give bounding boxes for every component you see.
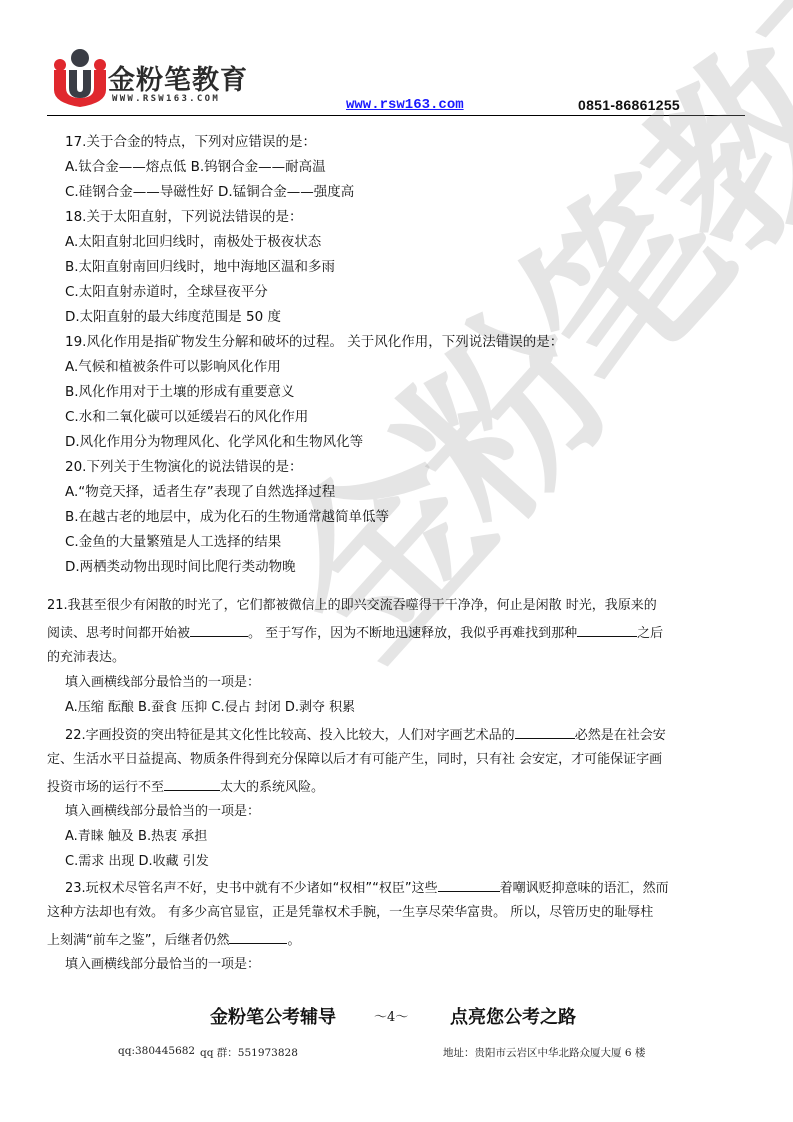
blank-line xyxy=(515,724,575,739)
website-link[interactable]: www.rsw163.com xyxy=(346,97,464,113)
page-header: 金粉笔教育 WWW.RSW163.COM www.rsw163.com 0851… xyxy=(0,0,793,120)
footer-left-title: 金粉笔公考辅导 xyxy=(210,1003,336,1029)
blank-line xyxy=(164,776,220,791)
question-23-text-a: 23.玩权术尽管名声不好，史书中就有不少诸如“权相”“权臣”这些 xyxy=(65,881,438,896)
question-22-para-2: 定、生活水平日益提高、物质条件得到充分保障以后才有可能产生，同时，只有社 会安定… xyxy=(47,750,662,770)
question-17-options-cd: C.硅钢合金——导磁性好 D.锰铜合金——强度高 xyxy=(65,182,354,202)
question-20-stem: 20.下列关于生物演化的说法错误的是： xyxy=(65,457,302,477)
question-22-text-c: 投资市场的运行不至 xyxy=(47,780,164,795)
question-22-para-3: 投资市场的运行不至太大的系统风险。 xyxy=(47,776,324,798)
question-21-para-3: 的充沛表达。 xyxy=(47,648,125,668)
logo-icon xyxy=(52,48,108,108)
blank-line xyxy=(438,877,500,892)
question-18-option-a: A.太阳直射北回归线时，南极处于极夜状态 xyxy=(65,232,321,252)
footer-right-title: 点亮您公考之路 xyxy=(450,1003,576,1029)
question-23-text-c: 上刻满“前车之鉴”，后继者仍然 xyxy=(47,933,229,948)
question-21-para-2: 阅读、思考时间都开始被。 至于写作，因为不断地迅速释放，我似乎再难找到那种之后 xyxy=(47,622,663,644)
footer-qq: qq:380445682 xyxy=(118,1045,195,1057)
blank-line xyxy=(577,622,637,637)
question-23-para-1: 23.玩权术尽管名声不好，史书中就有不少诸如“权相”“权臣”这些着嘲讽贬抑意味的… xyxy=(65,877,669,899)
question-19-option-a: A.气候和植被条件可以影响风化作用 xyxy=(65,357,281,377)
page-number: ～4～ xyxy=(374,1006,408,1025)
footer-address: 地址：贵阳市云岩区中华北路众厦大厦 6 楼 xyxy=(443,1045,645,1060)
footer-qq-group: qq 群：551973828 xyxy=(200,1045,298,1060)
question-23-para-2: 这种方法却也有效。 有多少高官显宦，正是凭靠权术手腕，一生享尽荣华富贵。 所以，… xyxy=(47,903,653,923)
question-17-stem: 17.关于合金的特点，下列对应错误的是： xyxy=(65,132,316,152)
question-23-text-b: 着嘲讽贬抑意味的语汇，然而 xyxy=(500,881,669,896)
question-19-stem: 19.风化作用是指矿物发生分解和破坏的过程。 关于风化作用，下列说法错误的是： xyxy=(65,332,563,352)
question-22-text-d: 太大的系统风险。 xyxy=(220,780,324,795)
question-22-options-cd: C.需求 出现 D.收藏 引发 xyxy=(65,852,209,872)
phone-number: 0851-86861255 xyxy=(578,97,680,113)
question-20-option-d: D.两栖类动物出现时间比爬行类动物晚 xyxy=(65,557,296,577)
question-23-para-3: 上刻满“前车之鉴”，后继者仍然。 xyxy=(47,929,301,951)
question-21-text-a: 阅读、思考时间都开始被 xyxy=(47,626,190,641)
question-19-option-d: D.风化作用分为物理风化、化学风化和生物风化等 xyxy=(65,432,363,452)
question-21-text-c: 之后 xyxy=(637,626,663,641)
brand-name: 金粉笔教育 xyxy=(108,58,248,97)
header-divider xyxy=(47,115,745,116)
question-20-option-c: C.金鱼的大量繁殖是人工选择的结果 xyxy=(65,532,281,552)
question-19-option-b: B.风化作用对于土壤的形成有重要意义 xyxy=(65,382,295,402)
question-23-text-d: 。 xyxy=(287,933,300,948)
question-23-prompt: 填入画横线部分最恰当的一项是： xyxy=(65,955,260,975)
question-22-options-ab: A.青睐 触及 B.热衷 承担 xyxy=(65,827,207,847)
question-21-prompt: 填入画横线部分最恰当的一项是： xyxy=(65,673,260,693)
question-20-option-a: A.“物竞天择，适者生存”表现了自然选择过程 xyxy=(65,482,335,502)
blank-line xyxy=(229,929,287,944)
question-17-options-ab: A.钛合金——熔点低 B.钨钢合金——耐高温 xyxy=(65,157,326,177)
question-22-text-b: 必然是在社会安 xyxy=(575,728,666,743)
question-18-option-d: D.太阳直射的最大纬度范围是 50 度 xyxy=(65,307,281,327)
question-18-option-c: C.太阳直射赤道时，全球昼夜平分 xyxy=(65,282,268,302)
blank-line xyxy=(190,622,248,637)
question-19-option-c: C.水和二氧化碳可以延缓岩石的风化作用 xyxy=(65,407,308,427)
question-21-text-b: 。 至于写作，因为不断地迅速释放，我似乎再难找到那种 xyxy=(248,626,577,641)
question-22-prompt: 填入画横线部分最恰当的一项是： xyxy=(65,802,260,822)
question-18-stem: 18.关于太阳直射，下列说法错误的是： xyxy=(65,207,302,227)
question-20-option-b: B.在越古老的地层中，成为化石的生物通常越简单低等 xyxy=(65,507,389,527)
question-22-text-a: 22.字画投资的突出特征是其文化性比较高、投入比较大，人们对字画艺术品的 xyxy=(65,728,515,743)
question-21-options: A.压缩 酝酿 B.蚕食 压抑 C.侵占 封闭 D.剥夺 积累 xyxy=(65,698,355,718)
question-22-para-1: 22.字画投资的突出特征是其文化性比较高、投入比较大，人们对字画艺术品的必然是在… xyxy=(65,724,666,746)
question-21-para-1: 21.我甚至很少有闲散的时光了，它们都被微信上的即兴交流吞噬得干干净净，何止是闲… xyxy=(47,596,657,616)
question-18-option-b: B.太阳直射南回归线时，地中海地区温和多雨 xyxy=(65,257,335,277)
brand-url: WWW.RSW163.COM xyxy=(112,94,220,104)
